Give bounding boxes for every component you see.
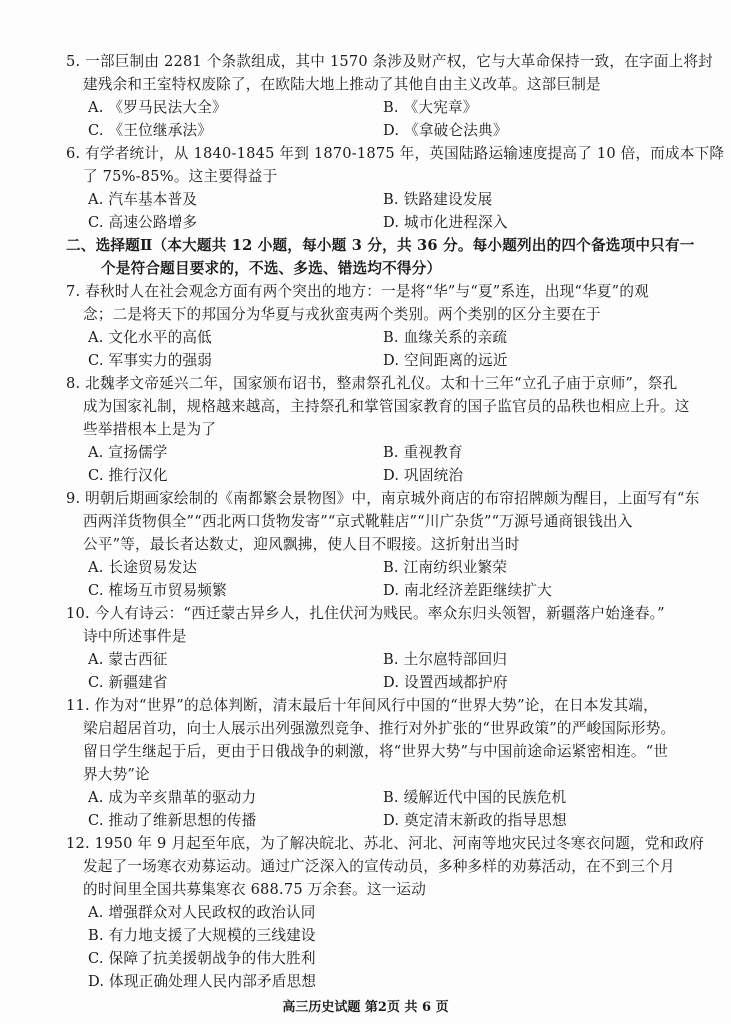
section-2-heading-line-1: 二、选择题Ⅱ（本大题共 12 小题，每小题 3 分，共 36 分。每小题列出的四… bbox=[66, 235, 695, 257]
question-6-option-b: B. 铁路建设发展 bbox=[383, 189, 492, 211]
question-8-option-a: A. 宣扬儒学 bbox=[88, 442, 168, 464]
question-11-option-b: B. 缓解近代中国的民族危机 bbox=[383, 787, 566, 809]
question-9-option-b: B. 江南纺织业繁荣 bbox=[383, 557, 507, 579]
question-11-option-a: A. 成为辛亥鼎革的驱动力 bbox=[88, 787, 256, 809]
question-9-option-a: A. 长途贸易发达 bbox=[88, 557, 197, 579]
section-2-heading-line-2: 个是符合题目要求的，不选、多选、错选均不得分） bbox=[101, 258, 441, 280]
question-12-option-a: A. 增强群众对人民政权的政治认同 bbox=[88, 902, 316, 924]
question-8-line-2: 成为国家礼制，规格越来越高，主持祭孔和掌管国家教育的国子监官员的品秩也相应上升。… bbox=[83, 396, 690, 418]
question-5-line-1: 5. 一部巨制由 2281 个条款组成，其中 1570 条涉及财产权，它与大革命… bbox=[66, 51, 713, 73]
question-7-option-d: D. 空间距离的远近 bbox=[383, 350, 508, 372]
question-12-option-c: C. 保障了抗美援朝战争的伟大胜利 bbox=[88, 948, 316, 970]
question-10-line-1: 10. 今人有诗云：“西迁蒙古异乡人，扎住伏河为贱民。率众东归头领智，新疆落户始… bbox=[66, 603, 665, 625]
question-12-option-d: D. 体现正确处理人民内部矛盾思想 bbox=[88, 971, 316, 993]
question-7-line-1: 7. 春秋时人在社会观念方面有两个突出的地方：一是将“华”与“夏”系连，出现“华… bbox=[66, 281, 649, 303]
question-6-line-2: 了 75%-85%。这主要得益于 bbox=[83, 166, 277, 188]
question-7-line-2: 念；二是将天下的邦国分为华夏与戎狄蛮夷两个类别。两个类别的区分主要在于 bbox=[83, 304, 601, 326]
question-11-line-4: 界大势”论 bbox=[83, 764, 150, 786]
question-11-option-c: C. 推动了维新思想的传播 bbox=[88, 810, 256, 832]
question-11-option-d: D. 奠定清末新政的指导思想 bbox=[383, 810, 567, 832]
question-8-line-1: 8. 北魏孝文帝延兴二年，国家颁布诏书，整肃祭孔礼仪。太和十三年“立孔子庙于京师… bbox=[66, 373, 677, 395]
question-10-option-d: D. 设置西域都护府 bbox=[383, 672, 508, 694]
question-10-option-c: C. 新疆建省 bbox=[88, 672, 168, 694]
question-8-option-b: B. 重视教育 bbox=[383, 442, 463, 464]
question-11-line-1: 11. 作为对“世界”的总体判断，清末最后十年间风行中国的“世界大势”论，在日本… bbox=[66, 695, 658, 717]
question-12-option-b: B. 有力地支援了大规模的三线建设 bbox=[88, 925, 316, 947]
question-9-option-d: D. 南北经济差距继续扩大 bbox=[383, 580, 552, 602]
question-11-line-3: 留日学生继起于后，更由于日俄战争的刺激，将“世界大势”与中国前途命运紧密相连。“… bbox=[83, 741, 668, 763]
question-10-line-2: 诗中所述事件是 bbox=[83, 626, 187, 648]
question-8-option-c: C. 推行汉化 bbox=[88, 465, 168, 487]
question-5-option-b: B. 《大宪章》 bbox=[383, 97, 478, 119]
question-7-option-a: A. 文化水平的高低 bbox=[88, 327, 212, 349]
question-10-option-a: A. 蒙古西征 bbox=[88, 649, 168, 671]
question-6-option-a: A. 汽车基本普及 bbox=[88, 189, 197, 211]
question-12-line-1: 12. 1950 年 9 月起至年底，为了解决皖北、苏北、河北、河南等地灾民过冬… bbox=[66, 833, 704, 855]
question-9-line-1: 9. 明朝后期画家绘制的《南都繁会景物图》中，南京城外商店的布帘招牌颇为醒目，上… bbox=[66, 488, 699, 510]
question-7-option-c: C. 军事实力的强弱 bbox=[88, 350, 212, 372]
question-11-line-2: 梁启超居首功，向士人展示出列强激烈竞争、推行对外扩张的“世界政策”的严峻国际形势… bbox=[83, 718, 675, 740]
page-footer: 高三历史试题 第2页 共 6 页 bbox=[0, 996, 731, 1015]
question-5-option-d: D. 《拿破仑法典》 bbox=[383, 120, 508, 142]
question-10-option-b: B. 土尔扈特部回归 bbox=[383, 649, 507, 671]
exam-page: 5. 一部巨制由 2281 个条款组成，其中 1570 条涉及财产权，它与大革命… bbox=[0, 0, 731, 1024]
question-6-option-c: C. 高速公路增多 bbox=[88, 212, 197, 234]
question-6-line-1: 6. 有学者统计，从 1840-1845 年到 1870-1875 年，英国陆路… bbox=[66, 143, 724, 165]
question-8-option-d: D. 巩固统治 bbox=[383, 465, 463, 487]
question-12-line-2: 发起了一场寒衣劝募运动。通过广泛深入的宣传动员，多种多样的劝募活动，在不到三个月 bbox=[83, 856, 675, 878]
question-9-option-c: C. 榷场互市贸易频繁 bbox=[88, 580, 227, 602]
question-5-option-a: A. 《罗马民法大全》 bbox=[88, 97, 227, 119]
question-8-line-3: 些举措根本上是为了 bbox=[83, 419, 216, 441]
question-5-line-2: 建残余和王室特权废除了，在欧陆大地上推动了其他自由主义改革。这部巨制是 bbox=[83, 74, 601, 96]
question-12-line-3: 的时间里全国共募集寒衣 688.75 万余套。这一运动 bbox=[83, 879, 426, 901]
question-7-option-b: B. 血缘关系的亲疏 bbox=[383, 327, 507, 349]
question-9-line-2: 西两洋货物俱全”“西北两口货物发寄”“京式靴鞋店”“川广杂货”“万源号通商银钱出… bbox=[83, 511, 632, 533]
question-9-line-3: 公平”等，最长者达数丈，迎风飘拂，使人目不暇接。这折射出当时 bbox=[83, 534, 520, 556]
question-6-option-d: D. 城市化进程深入 bbox=[383, 212, 508, 234]
question-5-option-c: C. 《王位继承法》 bbox=[88, 120, 212, 142]
